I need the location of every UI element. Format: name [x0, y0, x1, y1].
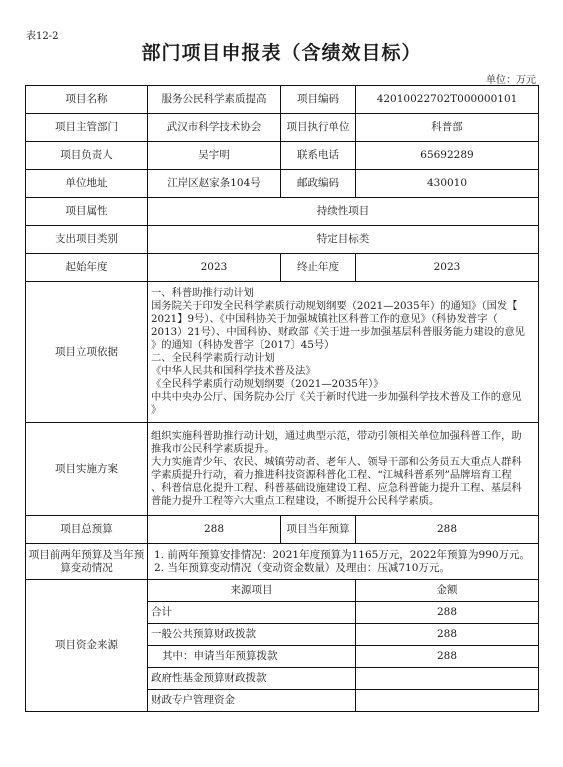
budget-change-text: 1. 前两年预算安排情况：2021年度预算为1165万元，2022年预算为990… — [148, 544, 539, 580]
current-budget-label: 项目当年预算 — [281, 516, 356, 544]
basis-label: 项目立项依据 — [26, 282, 148, 423]
address-label: 单位地址 — [26, 170, 148, 198]
address-value: 江岸区赵家条104号 — [148, 170, 281, 198]
row-funding-header: 项目资金来源 来源项目 金额 — [26, 580, 539, 602]
funding-source: 一般公共预算财政拨款 — [148, 624, 356, 646]
project-application-table: 项目名称 服务公民科学素质提高 项目编码 42010022702T0000001… — [25, 85, 539, 712]
budget-change-label-line: 项目前两年预算及当年预 — [27, 549, 146, 562]
funding-label: 项目资金来源 — [26, 580, 148, 712]
basis-line: 二、全民科学素质行动计划 — [151, 352, 535, 365]
attribute-label: 项目属性 — [26, 198, 148, 226]
basis-line: 国务院关于印发全民科学素质行动规划纲要（2021—2035年）的通知》（国发【 — [151, 300, 535, 313]
project-code-label: 项目编码 — [281, 86, 356, 114]
row-budget-change: 项目前两年预算及当年预 算变动情况 1. 前两年预算安排情况：2021年度预算为… — [26, 544, 539, 580]
phone-value: 65692289 — [356, 142, 539, 170]
funding-col-amount: 金额 — [356, 580, 539, 602]
budget-change-line: 2. 当年预算变动情况（变动资金数量）及理由：压减710万元。 — [154, 562, 535, 575]
basis-line: 《全民科学素质行动规划纲要（2021—2035年）》 — [151, 378, 535, 391]
funding-amount — [356, 668, 539, 690]
plan-line: 组织实施科普助推行动计划，通过典型示范，带动引领相关单位加强科普工作，助 — [151, 430, 535, 443]
plan-line: 推我市公民科学素质提升。 — [151, 443, 535, 456]
basis-line: 2021】9号）、《中国科协关于加强城镇社区科普工作的意见》（科协发普字（ — [151, 313, 535, 326]
plan-line: 、科普信息化提升工程、科普基础设施建设工程、应急科普能力提升工程、基层科 — [151, 482, 535, 495]
basis-line: 一、科普助推行动计划 — [151, 287, 535, 300]
plan-line: 普能力提升工程等六大重点工程建设，不断提升公民科学素质。 — [151, 495, 535, 508]
unit-label: 单位：万元 — [486, 71, 536, 86]
row-plan: 项目实施方案 组织实施科普助推行动计划，通过典型示范，带动引领相关单位加强科普工… — [26, 423, 539, 516]
basis-text: 一、科普助推行动计划 国务院关于印发全民科学素质行动规划纲要（2021—2035… — [148, 282, 539, 423]
postcode-value: 430010 — [356, 170, 539, 198]
plan-text: 组织实施科普助推行动计划，通过典型示范，带动引领相关单位加强科普工作，助 推我市… — [148, 423, 539, 516]
end-year-value: 2023 — [356, 254, 539, 282]
start-year-value: 2023 — [148, 254, 281, 282]
plan-line: 学素质提升行动，着力推进科技资源科普化工程、“江城科普系列”品牌培育工程 — [151, 469, 535, 482]
funding-col-source: 来源项目 — [148, 580, 356, 602]
leader-label: 项目负责人 — [26, 142, 148, 170]
end-year-label: 终止年度 — [281, 254, 356, 282]
executor-label: 项目执行单位 — [281, 114, 356, 142]
leader-value: 吴宇明 — [148, 142, 281, 170]
funding-amount: 288 — [356, 646, 539, 668]
project-code-value: 42010022702T000000101 — [356, 86, 539, 114]
category-label: 支出项目类别 — [26, 226, 148, 254]
funding-source: 政府性基金预算财政拨款 — [148, 668, 356, 690]
funding-amount: 288 — [356, 624, 539, 646]
funding-amount — [356, 690, 539, 712]
funding-source: 财政专户管理资金 — [148, 690, 356, 712]
funding-source: 其中：申请当年预算拨款 — [148, 646, 356, 668]
row-supervisor: 项目主管部门 武汉市科学技术协会 项目执行单位 科普部 — [26, 114, 539, 142]
funding-amount: 288 — [356, 602, 539, 624]
funding-source: 合计 — [148, 602, 356, 624]
basis-line: 2013）21号）、中国科协、财政部《关于进一步加强基层科普服务能力建设的意见 — [151, 326, 535, 339]
budget-change-line: 1. 前两年预算安排情况：2021年度预算为1165万元，2022年预算为990… — [154, 549, 535, 562]
row-budget: 项目总预算 288 项目当年预算 288 — [26, 516, 539, 544]
budget-change-label: 项目前两年预算及当年预 算变动情况 — [26, 544, 148, 580]
plan-line: 大力实施青少年、农民、城镇劳动者、老年人、领导干部和公务员五大重点人群科 — [151, 456, 535, 469]
row-years: 起始年度 2023 终止年度 2023 — [26, 254, 539, 282]
basis-line: 中共中央办公厅、国务院办公厅《关于新时代进一步加强科学技术普及工作的意见 — [151, 391, 535, 404]
start-year-label: 起始年度 — [26, 254, 148, 282]
supervisor-value: 武汉市科学技术协会 — [148, 114, 281, 142]
row-basis: 项目立项依据 一、科普助推行动计划 国务院关于印发全民科学素质行动规划纲要（20… — [26, 282, 539, 423]
total-budget-value: 288 — [148, 516, 281, 544]
attribute-value: 持续性项目 — [148, 198, 539, 226]
project-name-value: 服务公民科学素质提高 — [148, 86, 281, 114]
row-leader: 项目负责人 吴宇明 联系电话 65692289 — [26, 142, 539, 170]
row-attribute: 项目属性 持续性项目 — [26, 198, 539, 226]
row-project-name: 项目名称 服务公民科学素质提高 项目编码 42010022702T0000001… — [26, 86, 539, 114]
postcode-label: 邮政编码 — [281, 170, 356, 198]
budget-change-label-line: 算变动情况 — [27, 562, 146, 575]
row-address: 单位地址 江岸区赵家条104号 邮政编码 430010 — [26, 170, 539, 198]
supervisor-label: 项目主管部门 — [26, 114, 148, 142]
row-category: 支出项目类别 特定目标类 — [26, 226, 539, 254]
project-name-label: 项目名称 — [26, 86, 148, 114]
category-value: 特定目标类 — [148, 226, 539, 254]
current-budget-value: 288 — [356, 516, 539, 544]
page-title: 部门项目申报表（含绩效目标） — [0, 38, 563, 65]
basis-line: 《中华人民共和国科学技术普及法》 — [151, 365, 535, 378]
executor-value: 科普部 — [356, 114, 539, 142]
plan-label: 项目实施方案 — [26, 423, 148, 516]
phone-label: 联系电话 — [281, 142, 356, 170]
basis-line: 》的通知（科协发普字〔2017〕45号） — [151, 339, 535, 352]
total-budget-label: 项目总预算 — [26, 516, 148, 544]
basis-line: 》 — [151, 404, 535, 417]
